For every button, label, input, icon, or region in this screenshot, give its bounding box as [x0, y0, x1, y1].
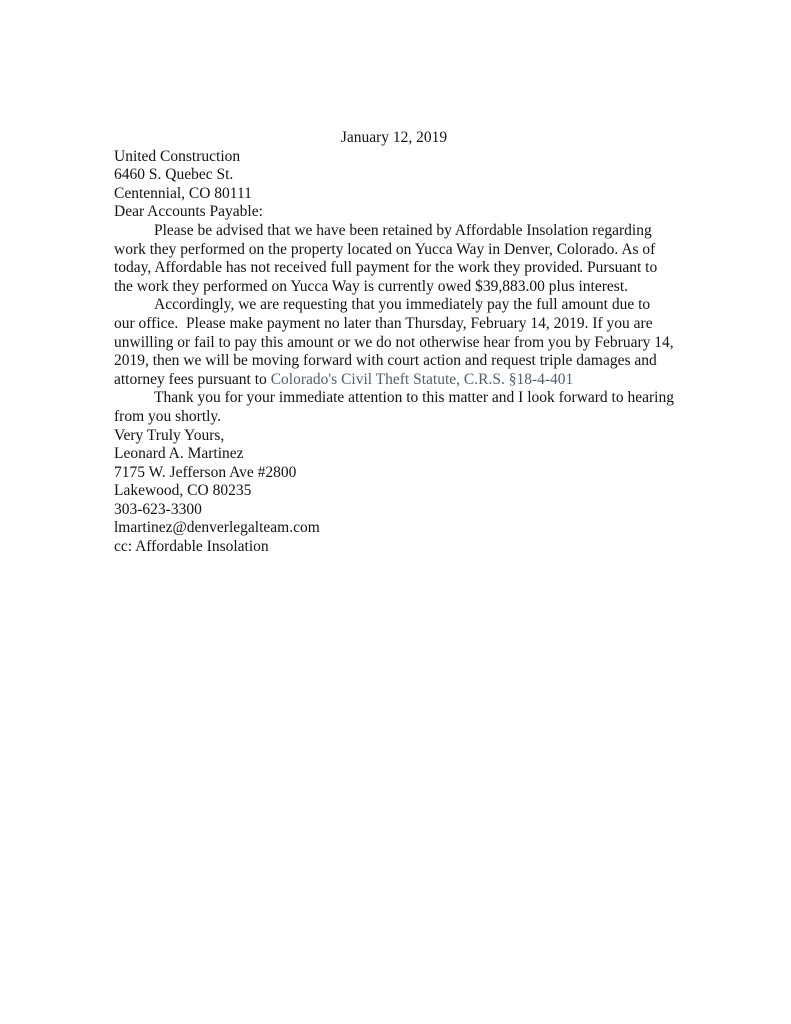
sender-name: Leonard A. Martinez — [114, 445, 674, 464]
salutation: Dear Accounts Payable: — [114, 203, 674, 222]
recipient-address-block: United Construction 6460 S. Quebec St. C… — [114, 148, 674, 204]
letter-date: January 12, 2019 — [114, 129, 674, 148]
letter-content: January 12, 2019 United Construction 646… — [114, 0, 674, 557]
sender-street: 7175 W. Jefferson Ave #2800 — [114, 464, 674, 483]
recipient-name: United Construction — [114, 148, 674, 167]
paragraph-2: Accordingly, we are requesting that you … — [114, 296, 674, 389]
closing: Very Truly Yours, — [114, 427, 674, 446]
statute-reference-link[interactable]: Colorado's Civil Theft Statute, C.R.S. §… — [271, 371, 574, 388]
sender-city-state-zip: Lakewood, CO 80235 — [114, 482, 674, 501]
recipient-city-state-zip: Centennial, CO 80111 — [114, 185, 674, 204]
paragraph-1: Please be advised that we have been reta… — [114, 222, 674, 296]
sender-email: lmartinez@denverlegalteam.com — [114, 519, 674, 538]
recipient-street: 6460 S. Quebec St. — [114, 166, 674, 185]
paragraph-3: Thank you for your immediate attention t… — [114, 389, 674, 426]
signature-block: Leonard A. Martinez 7175 W. Jefferson Av… — [114, 445, 674, 538]
cc-line: cc: Affordable Insolation — [114, 538, 674, 557]
letter-page: January 12, 2019 United Construction 646… — [0, 0, 791, 1024]
sender-phone: 303-623-3300 — [114, 501, 674, 520]
